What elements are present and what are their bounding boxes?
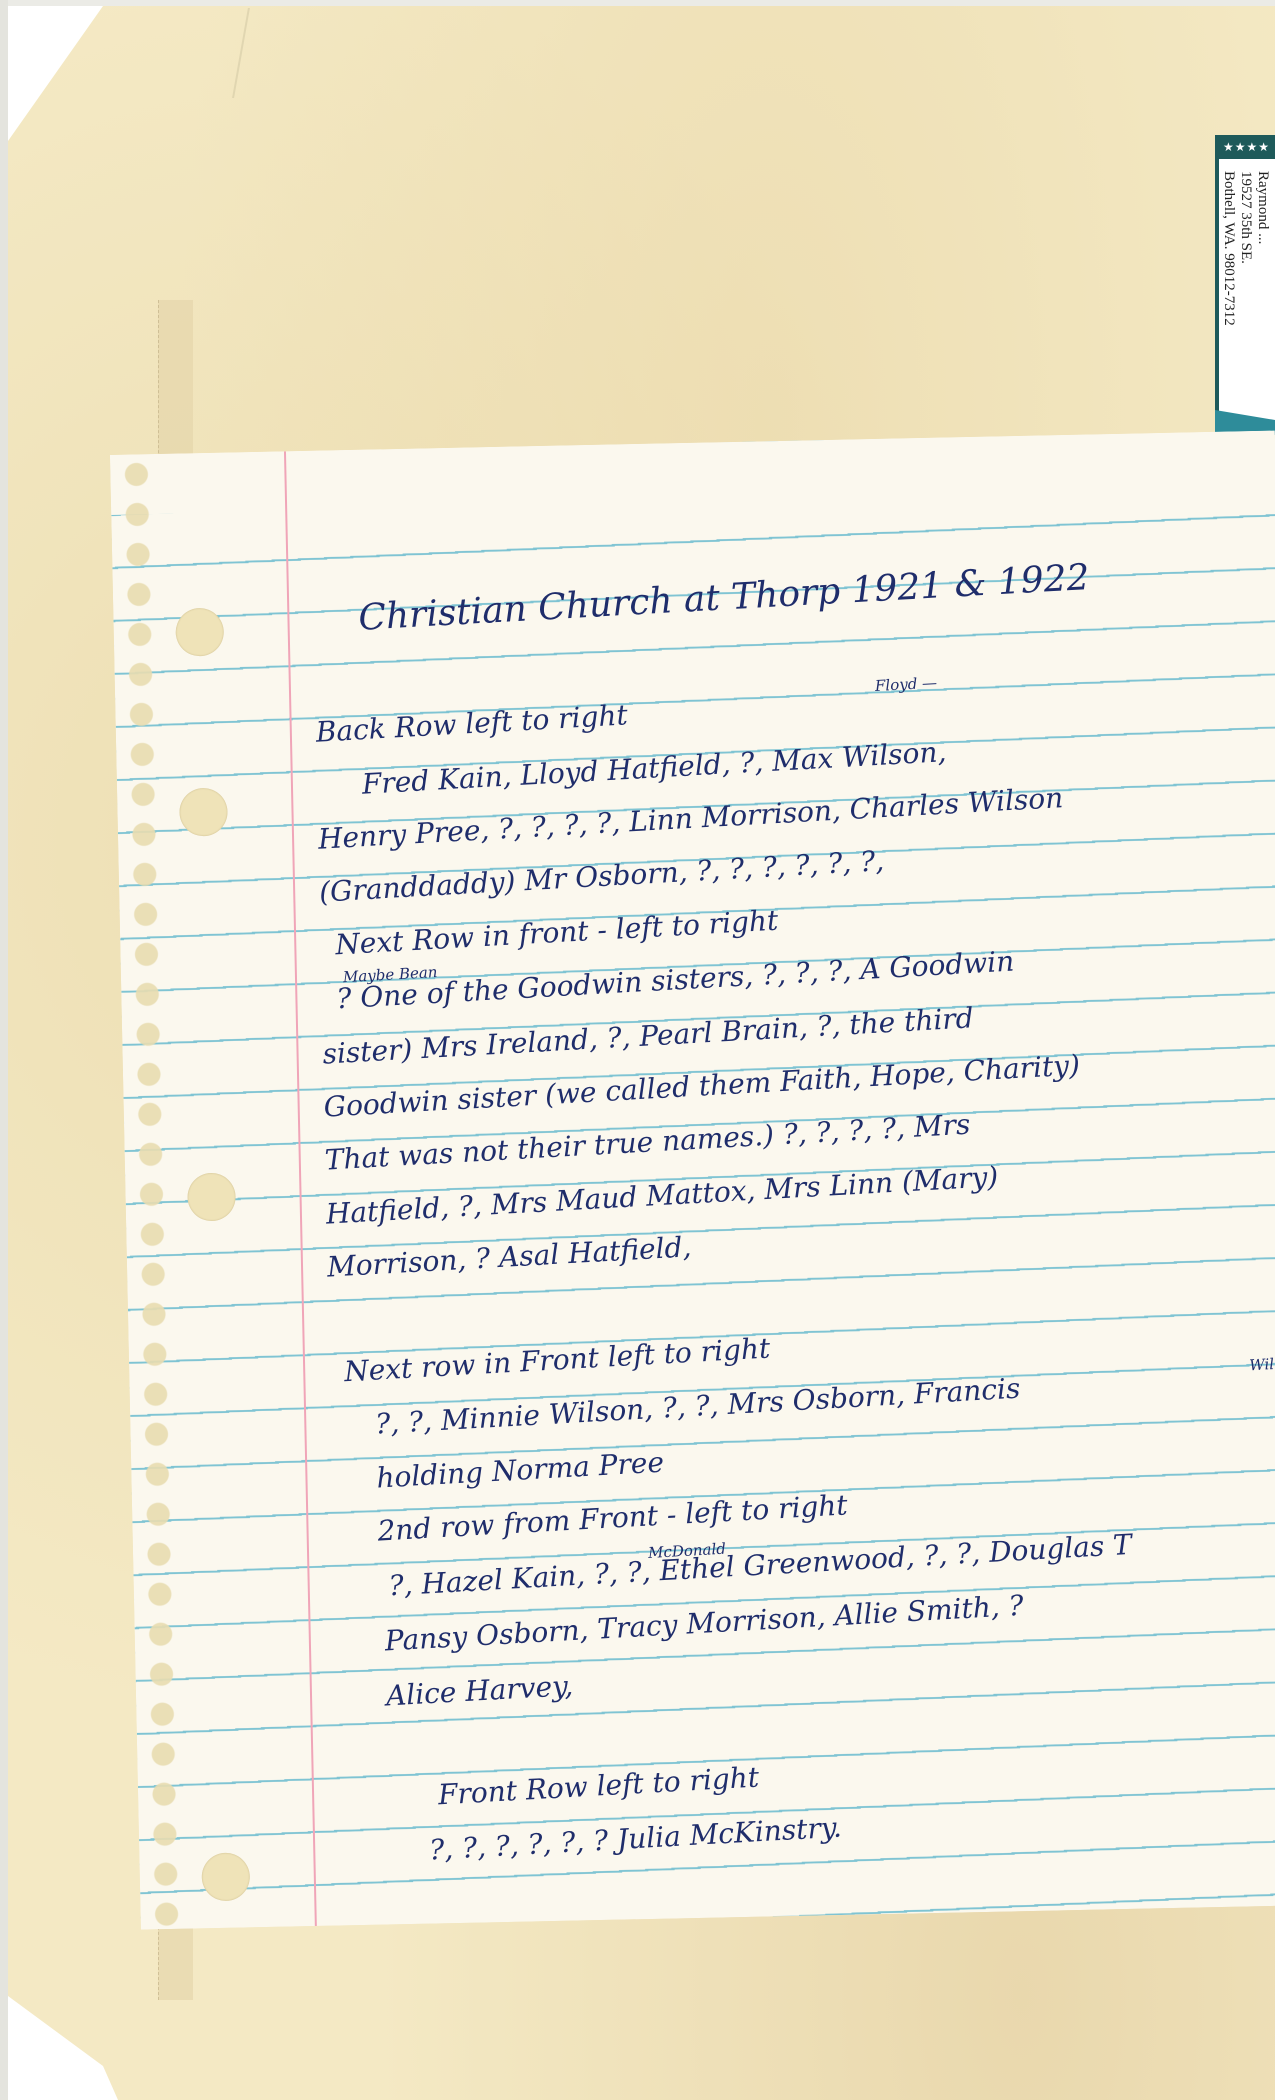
margin-line (284, 451, 317, 1926)
binder-hole (179, 788, 228, 837)
section-heading: Next row in Front left to right (343, 1332, 771, 1389)
binder-hole (187, 1173, 236, 1222)
section-annotation: Wil (1249, 1355, 1275, 1374)
section-heading: Next Row in front - left to right (334, 904, 779, 962)
address-city: Bothell, WA. 98012-7312 (1220, 171, 1237, 326)
section-annotation: Floyd — (875, 674, 938, 695)
section-heading: 2nd row from Front - left to right (377, 1488, 849, 1547)
section-heading: Back Row left to right (315, 698, 629, 748)
section-line: Fred Kain, Lloyd Hatfield, ?, Max Wilson… (361, 735, 947, 801)
stars-icon: ★★★★ (1219, 135, 1275, 159)
lined-notebook-paper: Christian Church at Thorp 1921 & 1922 Ba… (110, 431, 1275, 1930)
address-text: Raymond ... 19527 35th SE. Bothell, WA. … (1220, 171, 1271, 326)
return-address-label: ★★★★ Raymond ... 19527 35th SE. Bothell,… (1215, 135, 1275, 425)
section-line: holding Norma Pree (376, 1446, 665, 1495)
section-line: ?, ?, Minnie Wilson, ?, ?, Mrs Osborn, F… (374, 1372, 1021, 1441)
section-line: Pansy Osborn, Tracy Morrison, Allie Smit… (384, 1589, 1024, 1658)
section-line: Alice Harvey, (385, 1669, 574, 1712)
section-line: Morrison, ? Asal Hatfield, (326, 1230, 692, 1283)
address-street: 19527 35th SE. (1237, 171, 1254, 326)
document-title: Christian Church at Thorp 1921 & 1922 (357, 557, 1090, 639)
scan-top-edge (0, 0, 1275, 6)
section-line: (Granddaddy) Mr Osborn, ?, ?, ?, ?, ?, ?… (318, 844, 885, 909)
scan-left-edge (0, 0, 8, 2100)
binder-hole (175, 608, 224, 657)
section-heading: Front Row left to right (437, 1761, 760, 1812)
address-name: Raymond ... (1254, 171, 1271, 326)
section-line: ?, ?, ?, ?, ?, ? Julia McKinstry. (428, 1811, 842, 1867)
binder-hole (201, 1852, 250, 1901)
